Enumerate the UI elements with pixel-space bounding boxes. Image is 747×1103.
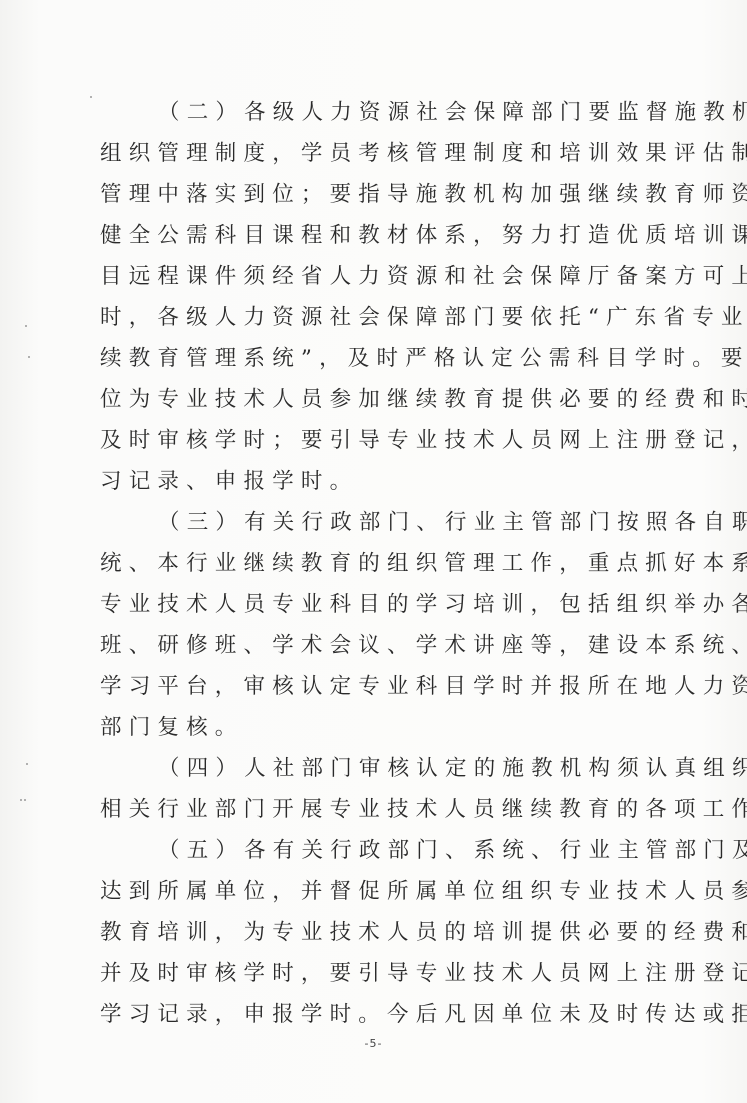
body-text: （二）各级人力资源社会保障部门要监督施教机构健全教学 组织管理制度，学员考核管理… — [100, 92, 710, 1035]
text-line: （四）人社部门审核认定的施教机构须认真组织和积极配合 — [100, 748, 710, 789]
text-line: 学习平台，审核认定专业科目学时并报所在地人力资源社会保障 — [100, 666, 710, 707]
paragraph-item-3: （三）有关行政部门、行业主管部门按照各自职责负责本系 统、本行业继续教育的组织管… — [100, 502, 710, 748]
text-line: 教育培训，为专业技术人员的培训提供必要的经费和时间保障， — [100, 912, 710, 953]
scan-speck — [26, 763, 28, 765]
text-line: 目远程课件须经省人力资源和社会保障厅备案方可上线培训。同 — [100, 256, 710, 297]
text-line: 部门复核。 — [100, 707, 710, 748]
text-line: 统、本行业继续教育的组织管理工作，重点抓好本系统、本行业 — [100, 543, 710, 584]
text-line: 达到所属单位，并督促所属单位组织专业技术人员参加各类继续 — [100, 871, 710, 912]
text-line: 管理中落实到位；要指导施教机构加强继续教育师资队伍建设， — [100, 174, 710, 215]
paragraph-item-4: （四）人社部门审核认定的施教机构须认真组织和积极配合 相关行业部门开展专业技术人… — [100, 748, 710, 830]
text-line: 专业技术人员专业科目的学习培训，包括组织举办各类专业培训 — [100, 584, 710, 625]
text-line: 位为专业技术人员参加继续教育提供必要的经费和时间保障，并 — [100, 379, 710, 420]
scan-speck — [24, 799, 26, 801]
text-line: 并及时审核学时，要引导专业技术人员网上注册登记，规范上传 — [100, 953, 710, 994]
text-line: 习记录、申报学时。 — [100, 461, 710, 502]
text-line: 续教育管理系统”，及时严格认定公需科目学时。要督促用人单 — [100, 338, 710, 379]
scan-speck — [28, 356, 30, 358]
text-line: （三）有关行政部门、行业主管部门按照各自职责负责本系 — [100, 502, 710, 543]
scan-speck — [90, 96, 92, 98]
scan-speck — [25, 325, 27, 327]
text-line: 班、研修班、学术会议、学术讲座等，建设本系统、本行业网络 — [100, 625, 710, 666]
text-line: 时，各级人力资源社会保障部门要依托“广东省专业技术人员继 — [100, 297, 710, 338]
page-number: -5- — [0, 1037, 747, 1050]
text-line: 相关行业部门开展专业技术人员继续教育的各项工作。 — [100, 789, 710, 830]
text-line: 组织管理制度，学员考核管理制度和培训效果评估制度并在日常 — [100, 133, 710, 174]
text-line: 学习记录，申报学时。今后凡因单位未及时传达或拒不参加培训 — [100, 994, 710, 1035]
text-line: （五）各有关行政部门、系统、行业主管部门及时将通知传 — [100, 830, 710, 871]
paragraph-item-2: （二）各级人力资源社会保障部门要监督施教机构健全教学 组织管理制度，学员考核管理… — [100, 92, 710, 502]
scan-speck — [20, 799, 22, 801]
text-line: （二）各级人力资源社会保障部门要监督施教机构健全教学 — [100, 92, 710, 133]
text-line: 健全公需科目课程和教材体系，努力打造优质培训课程。公需科 — [100, 215, 710, 256]
document-page: （二）各级人力资源社会保障部门要监督施教机构健全教学 组织管理制度，学员考核管理… — [0, 0, 747, 1103]
paragraph-item-5: （五）各有关行政部门、系统、行业主管部门及时将通知传 达到所属单位，并督促所属单… — [100, 830, 710, 1035]
text-line: 及时审核学时；要引导专业技术人员网上注册登记，规范上传学 — [100, 420, 710, 461]
